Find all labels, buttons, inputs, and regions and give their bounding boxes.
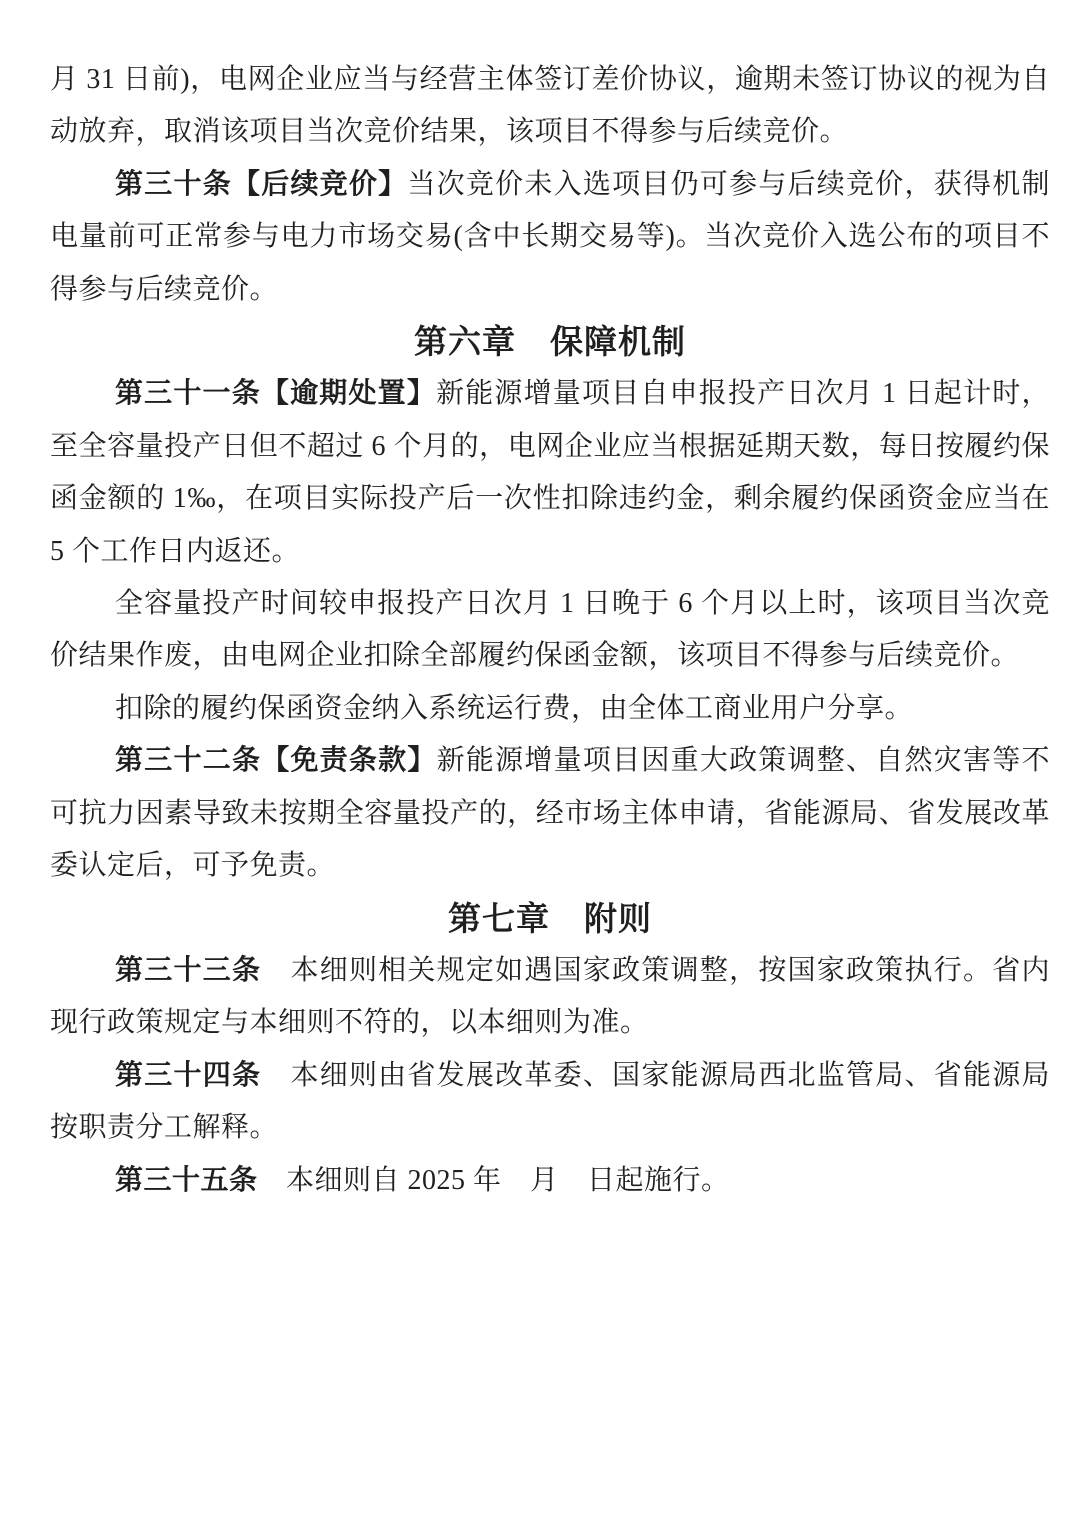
article-34-number: 第三十四条 — [115, 1060, 261, 1091]
article-30-number: 第三十条【后续竞价】 — [115, 169, 407, 200]
article-31-paragraph: 第三十一条【逾期处置】新能源增量项目自申报投产日次月 1 日起计时，至全容量投产… — [50, 368, 1050, 578]
article-34-paragraph: 第三十四条 本细则由省发展改革委、国家能源局西北监管局、省能源局按职责分工解释。 — [50, 1050, 1050, 1155]
article-35-paragraph: 第三十五条 本细则自 2025 年 月 日起施行。 — [50, 1155, 1050, 1207]
paragraph-continued-from-previous-page: 月 31 日前)，电网企业应当与经营主体签订差价协议，逾期未签订协议的视为自动放… — [50, 54, 1050, 159]
article-32-number: 第三十二条【免责条款】 — [115, 745, 437, 776]
article-33-paragraph: 第三十三条 本细则相关规定如遇国家政策调整，按国家政策执行。省内现行政策规定与本… — [50, 945, 1050, 1050]
article-32-paragraph: 第三十二条【免责条款】新能源增量项目因重大政策调整、自然灾害等不可抗力因素导致未… — [50, 735, 1050, 892]
article-35-number: 第三十五条 — [115, 1165, 258, 1196]
article-31-paragraph-3: 扣除的履约保函资金纳入系统运行费，由全体工商业用户分享。 — [50, 683, 1050, 735]
article-31-paragraph-2: 全容量投产时间较申报投产日次月 1 日晚于 6 个月以上时，该项目当次竞价结果作… — [50, 578, 1050, 683]
article-33-number: 第三十三条 — [115, 955, 261, 986]
paragraph-text: 扣除的履约保函资金纳入系统运行费，由全体工商业用户分享。 — [115, 693, 913, 724]
paragraph-text: 月 31 日前)，电网企业应当与经营主体签订差价协议，逾期未签订协议的视为自动放… — [50, 64, 1050, 147]
paragraph-text: 本细则自 2025 年 月 日起施行。 — [258, 1165, 730, 1196]
chapter-7-heading: 第七章 附则 — [50, 893, 1050, 945]
document-text-column: 月 31 日前)，电网企业应当与经营主体签订差价协议，逾期未签订协议的视为自动放… — [50, 54, 1050, 1207]
document-page: 月 31 日前)，电网企业应当与经营主体签订差价协议，逾期未签订协议的视为自动放… — [0, 0, 1080, 1526]
article-30-paragraph: 第三十条【后续竞价】当次竞价未入选项目仍可参与后续竞价，获得机制电量前可正常参与… — [50, 159, 1050, 316]
paragraph-text: 全容量投产时间较申报投产日次月 1 日晚于 6 个月以上时，该项目当次竞价结果作… — [50, 588, 1050, 671]
chapter-6-heading: 第六章 保障机制 — [50, 316, 1050, 368]
article-31-number: 第三十一条【逾期处置】 — [115, 378, 436, 409]
